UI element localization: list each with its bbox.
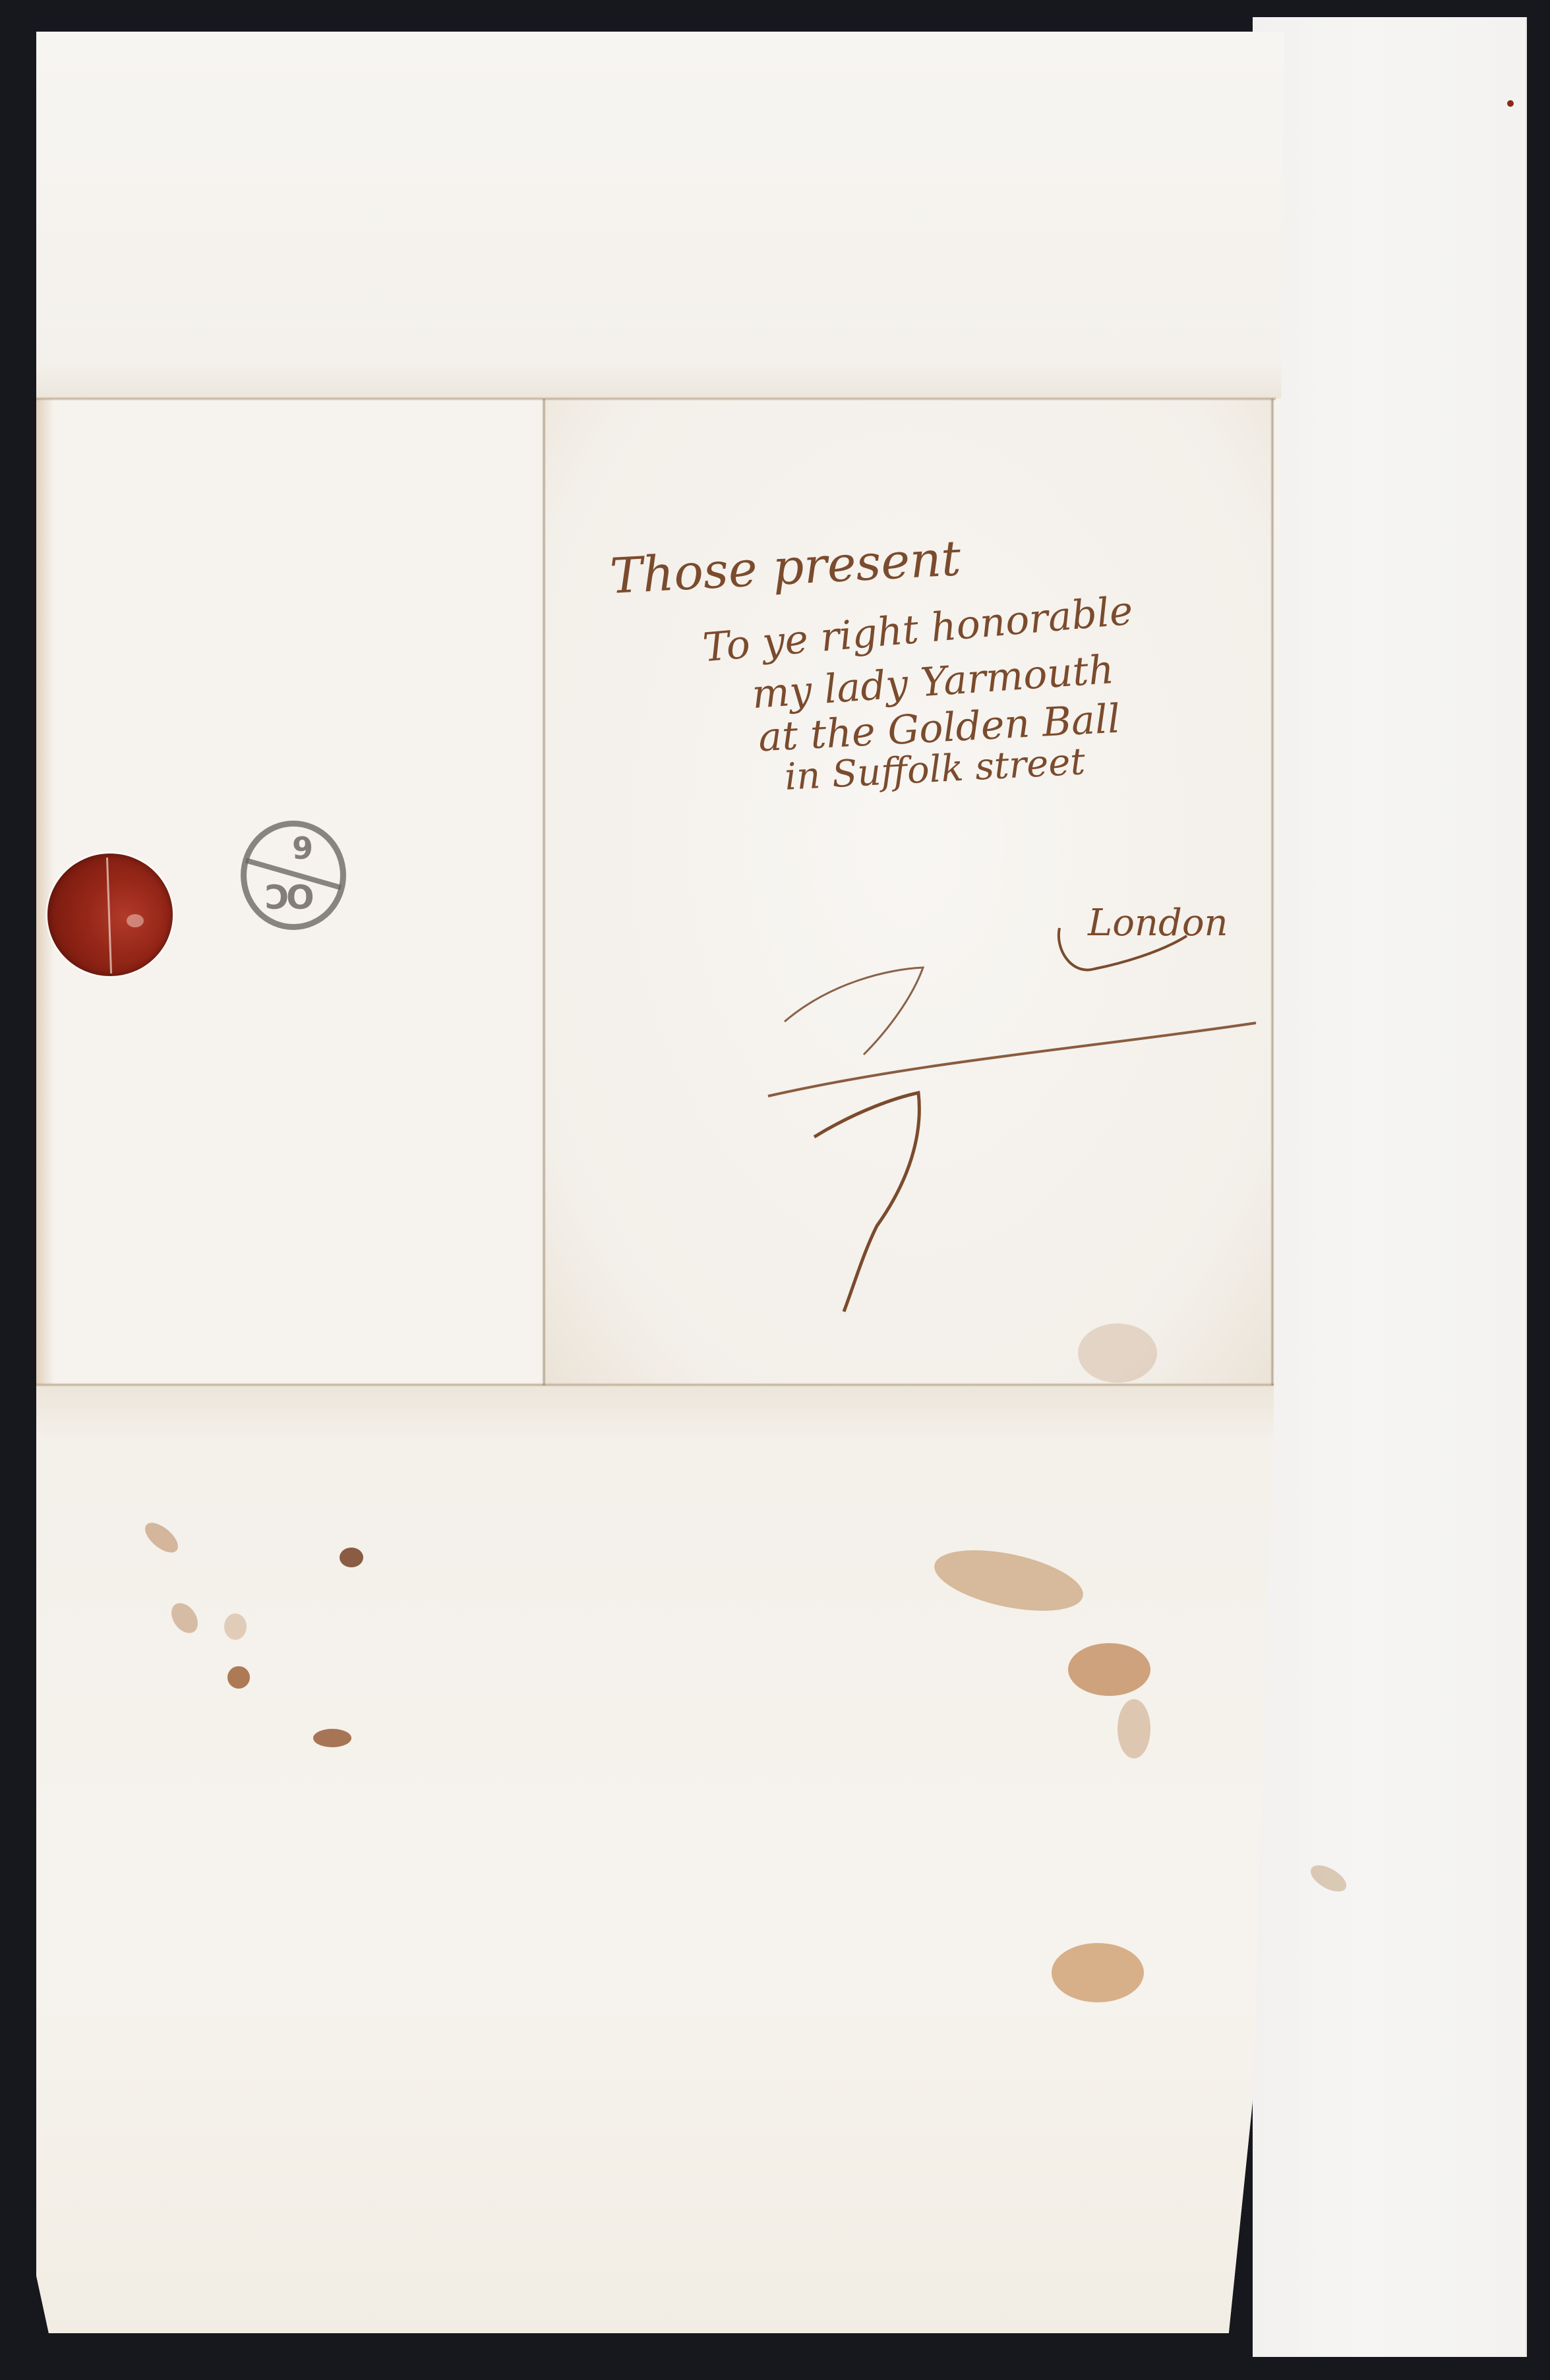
numeral-stroke-bottom [814,1093,919,1312]
numeral-stroke-top [785,968,923,1055]
rule-stroke [768,1023,1256,1096]
charge-marks [0,0,1550,2380]
london-flourish [1059,928,1187,970]
